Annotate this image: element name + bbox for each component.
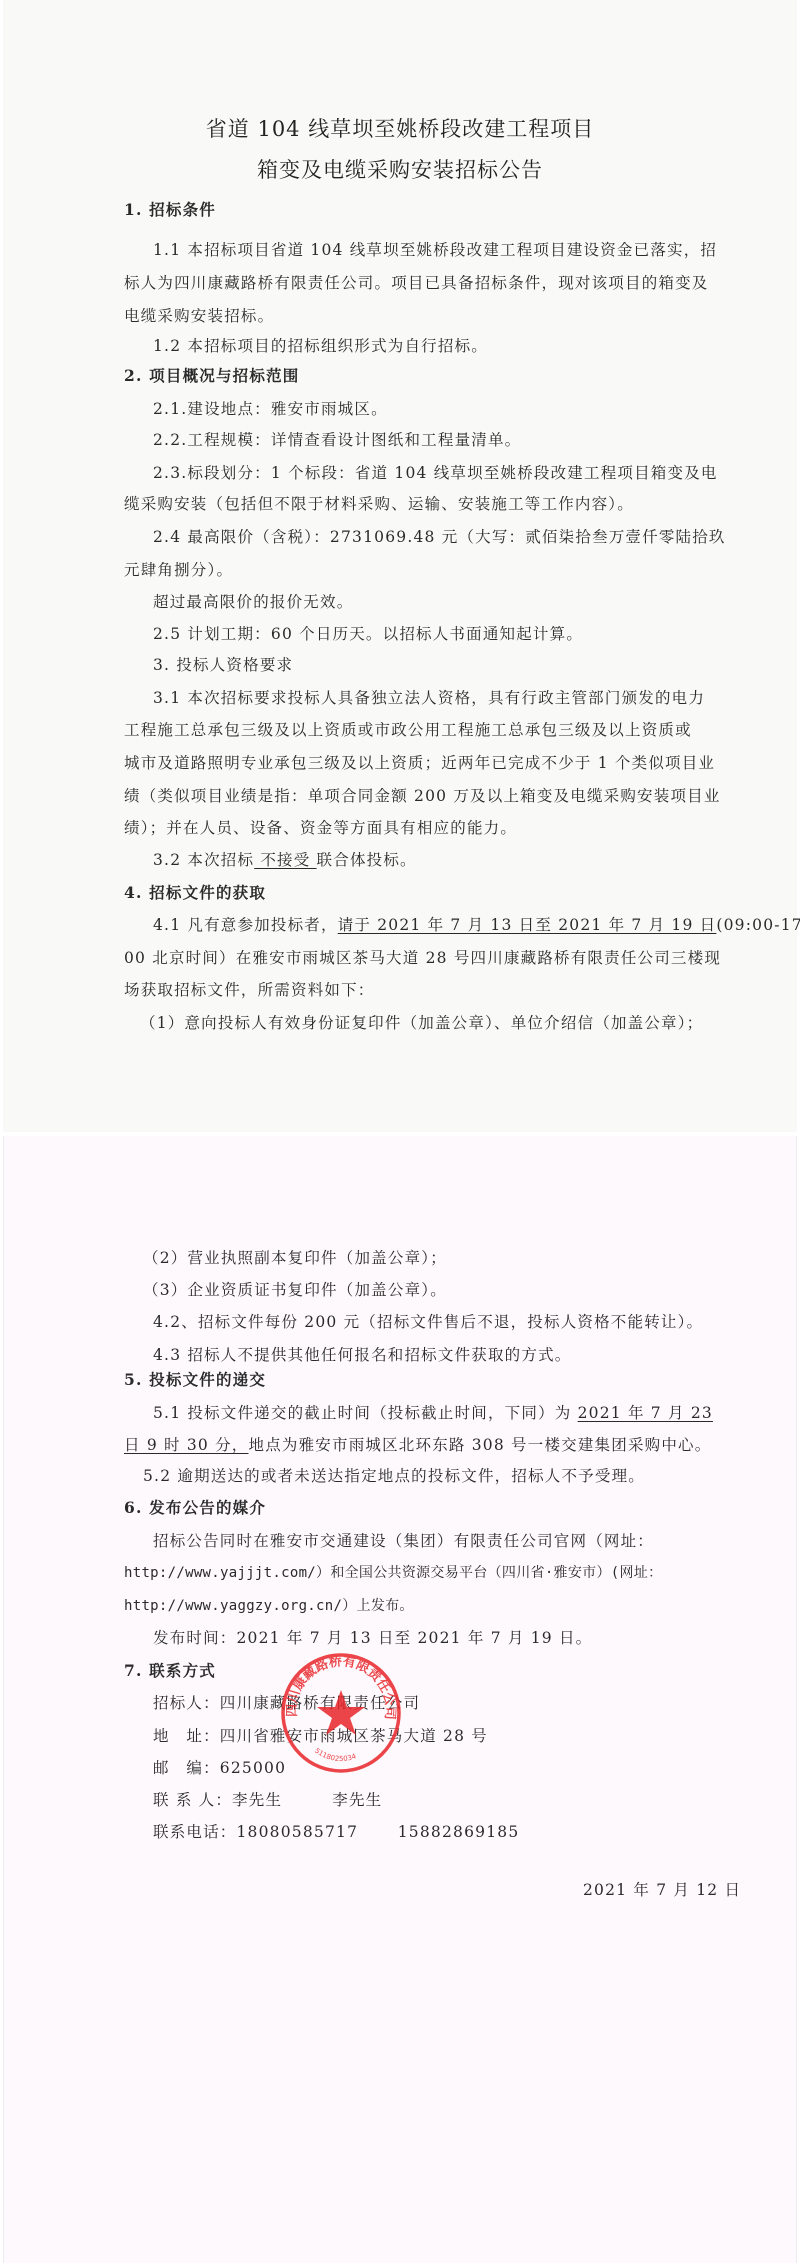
contact-address: 地 址：四川省雅安市雨城区茶马大道 28 号: [153, 1726, 488, 1746]
paragraph-4-1-cont: 00 北京时间）在雅安市雨城区茶马大道 28 号四川康藏路桥有限责任公司三楼现: [124, 948, 721, 968]
paragraph-5-1-cont: 日 9 时 30 分，地点为雅安市雨城区北环东路 308 号一楼交建集团采购中心…: [124, 1435, 711, 1455]
document-date: 2021 年 7 月 12 日: [583, 1880, 741, 1900]
paragraph-2-2: 2.2.工程规模：详情查看设计图纸和工程量清单。: [153, 430, 521, 450]
publish-period: 发布时间：2021 年 7 月 13 日至 2021 年 7 月 19 日。: [153, 1628, 592, 1648]
paragraph-3-2: 3.2 本次招标 不接受 联合体投标。: [153, 850, 417, 870]
paragraph-4-1-post: (09:00-17:: [716, 916, 800, 934]
section-6-heading: 6. 发布公告的媒介: [124, 1498, 266, 1518]
paragraph-5-1: 5.1 投标文件递交的截止时间（投标截止时间，下同）为 2021 年 7 月 2…: [153, 1403, 713, 1423]
section-1-heading: 1. 招标条件: [124, 200, 216, 220]
paragraph-3-1-cont: 绩）；并在人员、设备、资金等方面具有相应的能力。: [124, 818, 517, 838]
paragraph-3-1-cont: 绩（类似项目业绩是指：单项合同金额 200 万及以上箱变及电缆采购安装项目业: [124, 786, 721, 806]
paragraph-6-1: 招标公告同时在雅安市交通建设（集团）有限责任公司官网（网址：: [153, 1531, 654, 1551]
document-title-line-2: 箱变及电缆采购安装招标公告: [0, 157, 800, 183]
paragraph-3-2-underlined: 不接受: [254, 851, 316, 869]
paragraph-3-1-cont: 城市及道路照明专业承包三级及以上资质；近两年已完成不少于 1 个类似项目业: [124, 753, 715, 773]
section-2-heading: 2. 项目概况与招标范围: [124, 366, 299, 386]
paragraph-4-1-pre: 4.1 凡有意参加投标者，: [153, 916, 338, 934]
paragraph-1-1-cont: 标人为四川康藏路桥有限责任公司。项目已具备招标条件，现对该项目的箱变及: [124, 273, 709, 293]
contact-postcode: 邮 编：625000: [153, 1758, 286, 1778]
paragraph-1-1: 1.1 本招标项目省道 104 线草坝至姚桥段改建工程项目建设资金已落实，招: [153, 240, 717, 260]
paragraph-6-1-url-1: http://www.yajjjt.com/）和全国公共资源交易平台（四川省·雅…: [124, 1563, 662, 1583]
paragraph-2-3: 2.3.标段划分：1 个标段：省道 104 线草坝至姚桥段改建工程项目箱变及电: [153, 463, 718, 483]
paragraph-5-1-location: 地点为雅安市雨城区北环东路 308 号一楼交建集团采购中心。: [249, 1436, 712, 1454]
paragraph-2-4-note: 超过最高限价的报价无效。: [153, 592, 353, 612]
contact-tenderer: 招标人：四川康藏路桥有限责任公司: [153, 1693, 420, 1713]
section-4-heading: 4. 招标文件的获取: [124, 883, 266, 903]
paragraph-2-1: 2.1.建设地点：雅安市雨城区。: [153, 399, 388, 419]
document-title-line-1: 省道 104 线草坝至姚桥段改建工程项目: [0, 116, 800, 142]
paragraph-5-1-deadline: 2021 年 7 月 23: [578, 1404, 713, 1422]
paragraph-5-2: 5.2 逾期送达的或者未送达指定地点的投标文件，招标人不予受理。: [143, 1466, 645, 1486]
paragraph-2-5: 2.5 计划工期：60 个日历天。以招标人书面通知起计算。: [153, 624, 583, 644]
paragraph-1-1-cont: 电缆采购安装招标。: [124, 306, 274, 326]
paragraph-2-4: 2.4 最高限价（含税）：2731069.48 元（大写：贰佰柒拾叁万壹仟零陆拾…: [153, 527, 726, 547]
paragraph-4-1-dates: 请于 2021 年 7 月 13 日至 2021 年 7 月 19 日: [338, 916, 717, 934]
paragraph-4-1-cont: 场获取招标文件，所需资料如下：: [124, 980, 375, 1000]
section-3-heading: 3. 投标人资格要求: [153, 655, 293, 675]
section-5-heading: 5. 投标文件的递交: [124, 1370, 266, 1390]
contact-person: 联 系 人：李先生 李先生: [153, 1790, 382, 1810]
contact-phone: 联系电话：18080585717 15882869185: [153, 1822, 519, 1842]
section-7-heading: 7. 联系方式: [124, 1661, 216, 1681]
paragraph-4-2: 4.2、招标文件每份 200 元（招标文件售后不退，投标人资格不能转让）。: [153, 1312, 703, 1332]
paragraph-3-1-cont: 工程施工总承包三级及以上资质或市政公用工程施工总承包三级及以上资质或: [124, 720, 692, 740]
paragraph-5-1-deadline-time: 日 9 时 30 分，: [124, 1436, 249, 1454]
paragraph-1-2: 1.2 本招标项目的招标组织形式为自行招标。: [153, 336, 488, 356]
paragraph-4-1: 4.1 凡有意参加投标者，请于 2021 年 7 月 13 日至 2021 年 …: [153, 915, 800, 935]
paragraph-3-2-post: 联合体投标。: [317, 851, 417, 869]
paragraph-3-1: 3.1 本次招标要求投标人具备独立法人资格，具有行政主管部门颁发的电力: [153, 688, 705, 708]
paragraph-6-1-url-2: http://www.yaggzy.org.cn/）上发布。: [124, 1596, 414, 1616]
paragraph-5-1-pre: 5.1 投标文件递交的截止时间（投标截止时间，下同）为: [153, 1404, 578, 1422]
paragraph-2-3-cont: 缆采购安装（包括但不限于材料采购、运输、安装施工等工作内容）。: [124, 494, 634, 514]
paragraph-3-2-pre: 3.2 本次招标: [153, 851, 254, 869]
requirement-item-2: （2）营业执照副本复印件（加盖公章）；: [143, 1248, 447, 1268]
paragraph-4-3: 4.3 招标人不提供其他任何报名和招标文件获取的方式。: [153, 1345, 571, 1365]
requirement-item-1: （1）意向投标人有效身份证复印件（加盖公章）、单位介绍信（加盖公章）；: [140, 1013, 703, 1033]
requirement-item-3: （3）企业资质证书复印件（加盖公章）。: [143, 1280, 447, 1300]
paragraph-2-4-cont: 元肆角捌分）。: [124, 560, 233, 580]
